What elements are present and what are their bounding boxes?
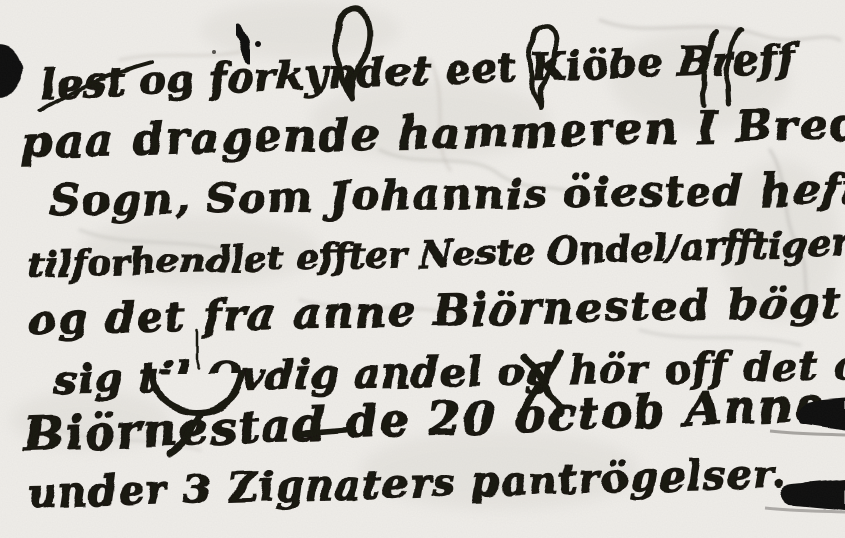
manuscript-scan-page: lest og forkyndet eet Kiöbe Breff paa dr… [0,0,845,538]
manuscript-scan: lest og forkyndet eet Kiöbe Breff paa dr… [0,0,845,538]
paper-grain-overlay [0,0,845,538]
